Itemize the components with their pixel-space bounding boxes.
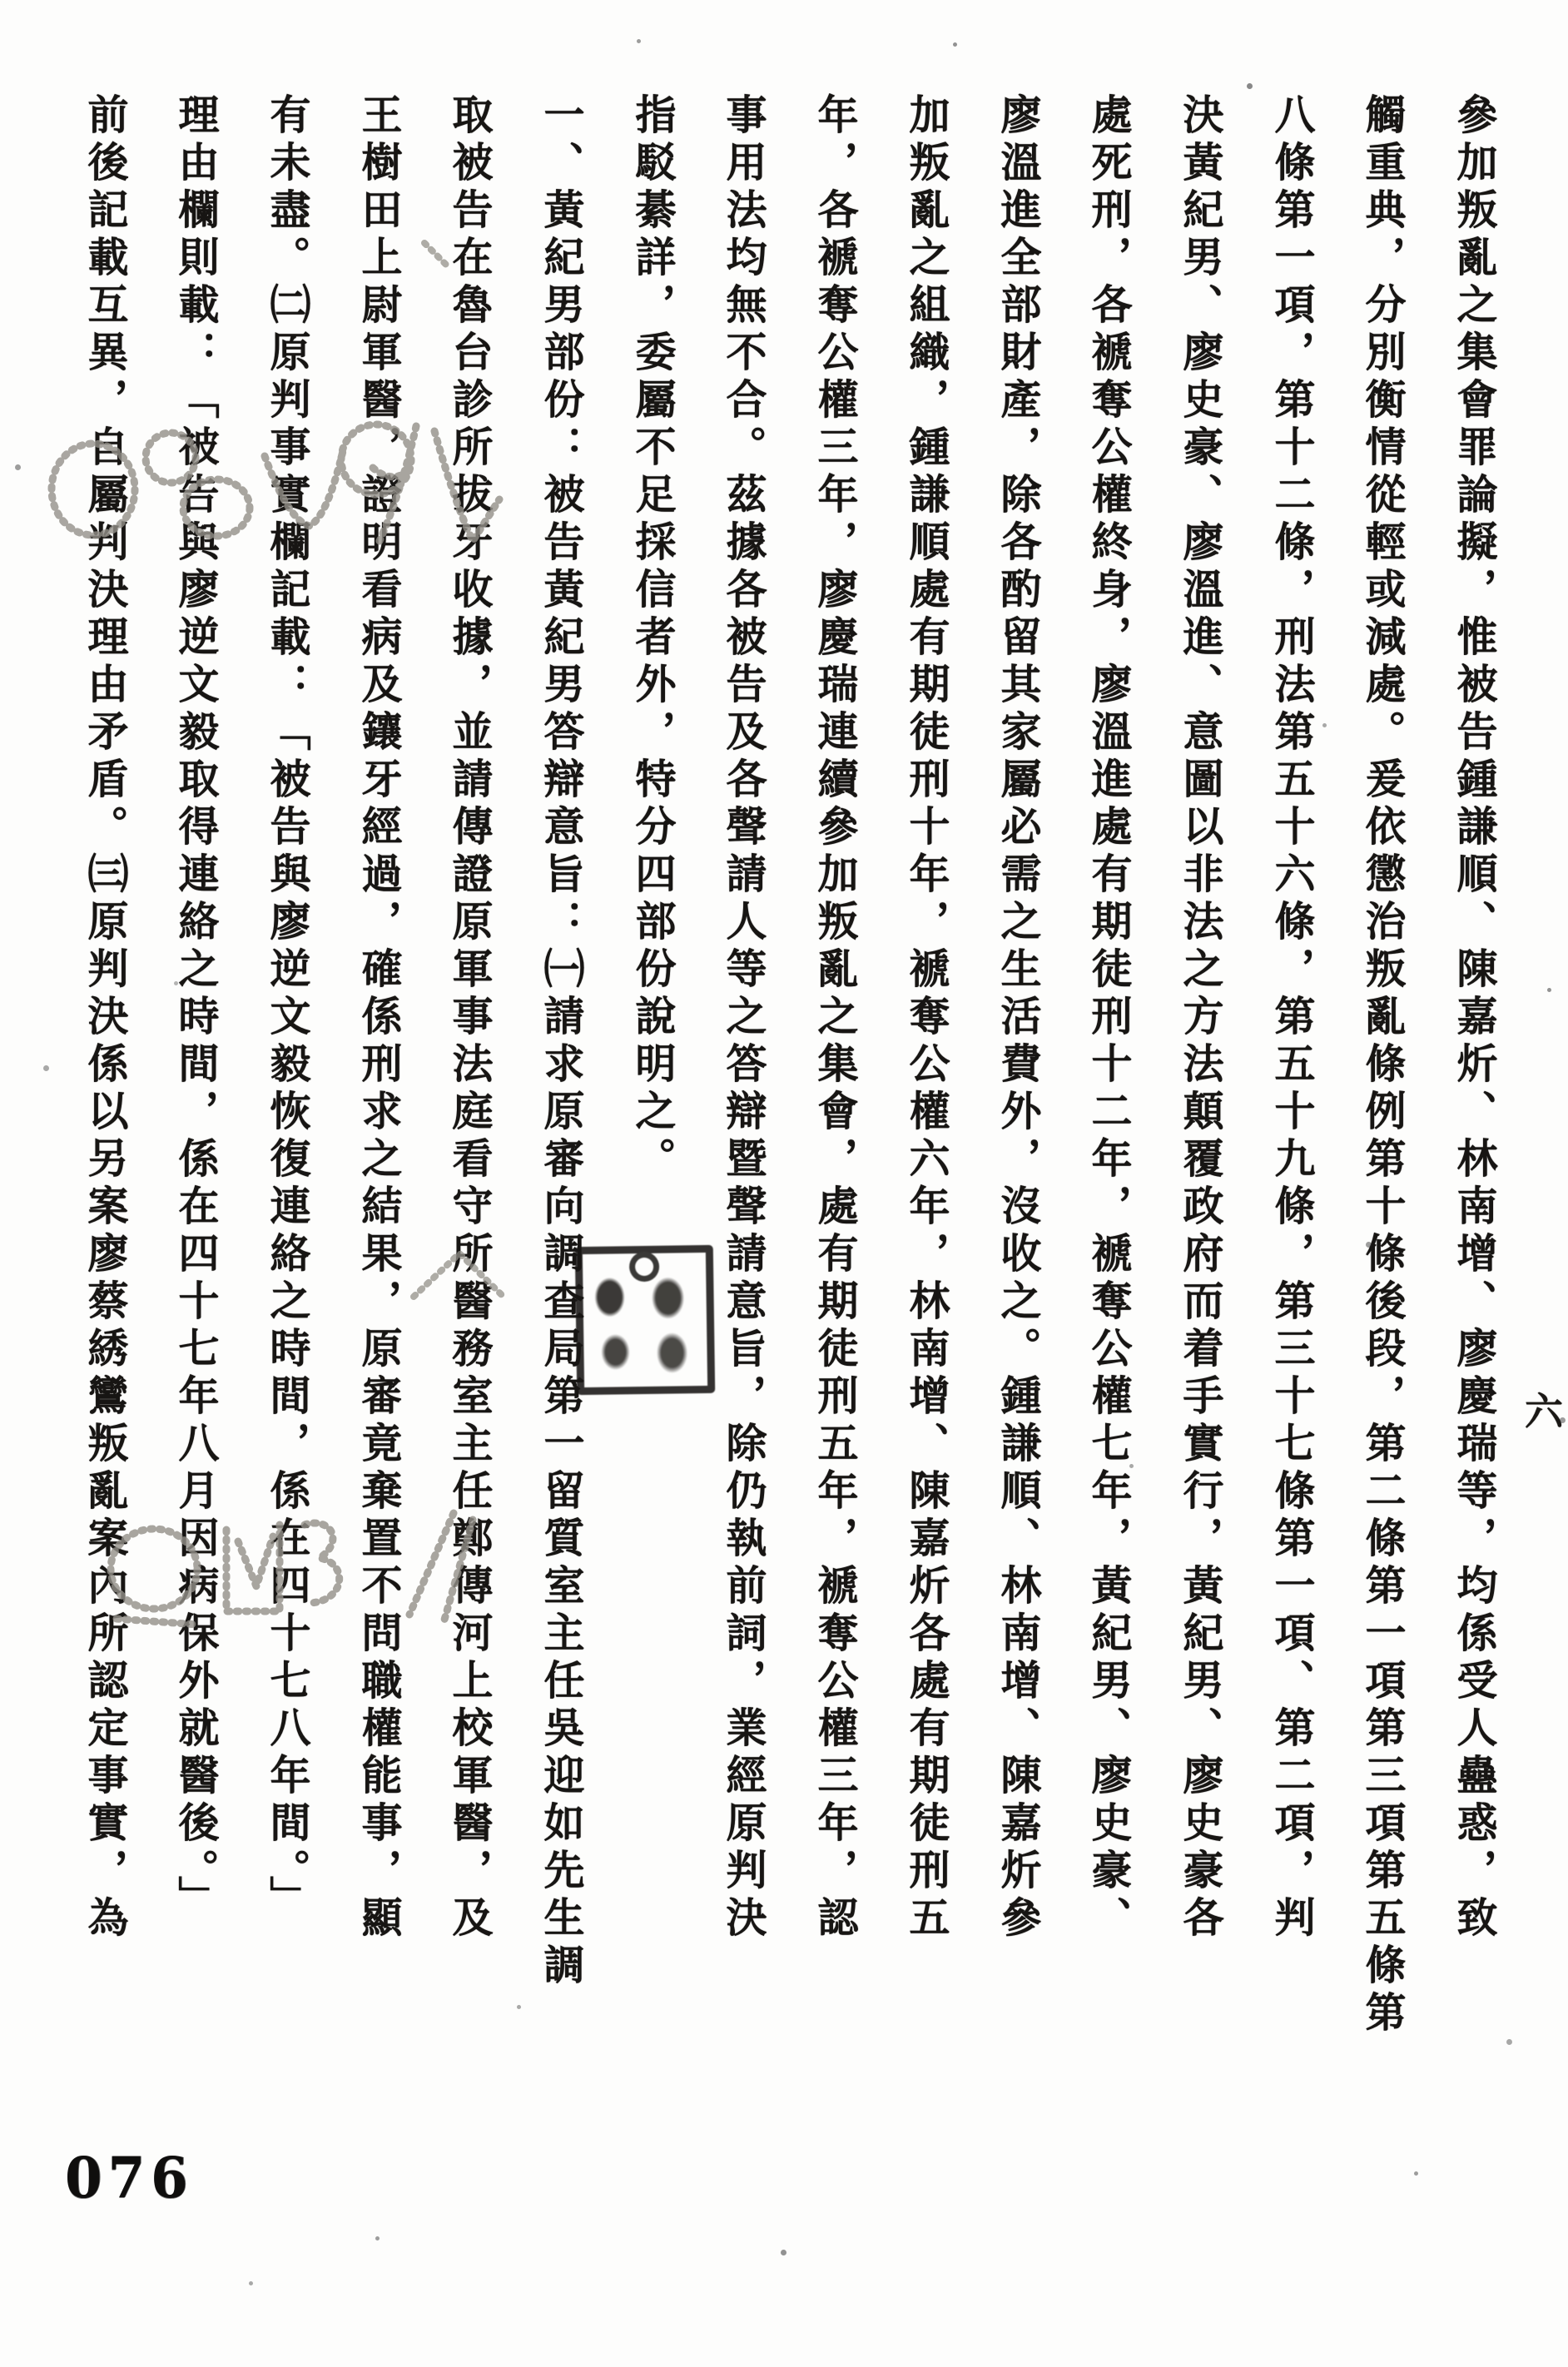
page-number: 076 — [65, 2146, 194, 2211]
pencil-scribble-upper-left — [52, 424, 499, 541]
scan-noise-specks — [0, 0, 2, 2]
scanned-document-page: 參加叛亂之集會罪論擬，惟被告鍾謙順、陳嘉炘、林南增、廖慶瑞等，均係受人蠱惑，致觸… — [0, 0, 1568, 2367]
pencil-arc-center — [414, 243, 505, 1298]
pencil-scribble-lower-left — [111, 1513, 473, 1625]
pencil-scribble-watermarks — [0, 0, 1568, 2367]
